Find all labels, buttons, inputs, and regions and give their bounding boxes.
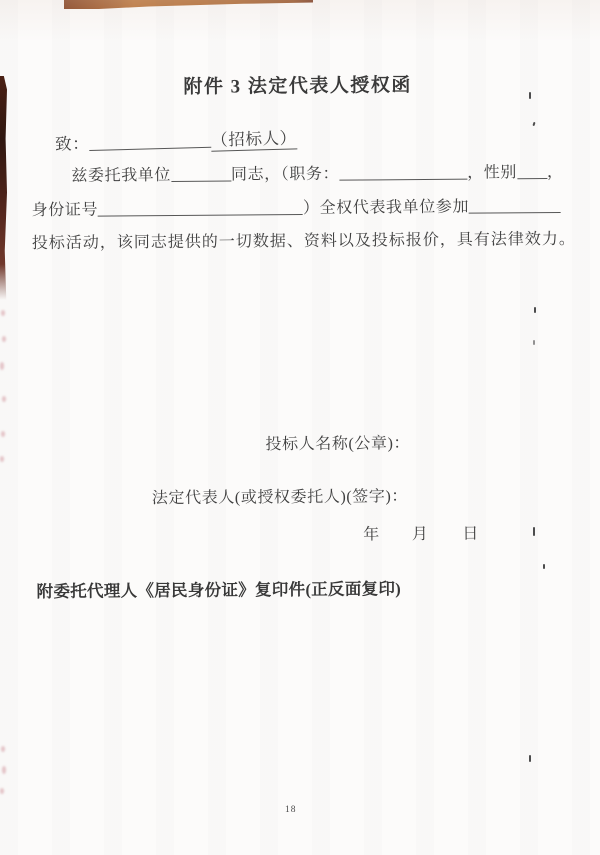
body-line-3: 身份证号）全权代表我单位参加 [32, 193, 562, 220]
page-content: 附件 3 法定代表人授权函 致：（招标人） 兹委托我单位同志，（职务：，性别， … [0, 0, 600, 855]
bidder-name-label: 投标人名称(公章)： [265, 430, 410, 454]
date-year-label: 年 [363, 521, 380, 544]
body-seg-gender: ，性别 [467, 164, 517, 181]
body-seg-comrade-position: 同志，（职务： [231, 166, 339, 184]
body-seg-entrust: 兹委托我单位 [71, 167, 171, 185]
scanned-document-page: 附件 3 法定代表人授权函 致：（招标人） 兹委托我单位同志，（职务：，性别， … [0, 0, 600, 855]
body-line-2: 兹委托我单位同志，（职务：，性别， [71, 159, 563, 186]
date-month-label: 月 [412, 521, 429, 544]
position-blank [339, 163, 467, 180]
recipient-blank [89, 131, 211, 151]
body-seg-idnumber: 身份证号 [32, 202, 99, 220]
salutation-recipient: （招标人） [211, 128, 297, 151]
project-blank [469, 197, 561, 214]
salutation-line: 致：（招标人） [55, 124, 297, 155]
legal-representative-label: 法定代表人(或授权委托人)(签字)： [152, 483, 408, 508]
body-seg-comma: ， [547, 164, 564, 181]
gender-blank [517, 163, 547, 179]
id-number-blank [98, 199, 303, 217]
date-day-label: 日 [462, 521, 479, 544]
body-seg-represent: ）全权代表我单位参加 [303, 199, 469, 217]
body-line-4: 投标活动，该同志提供的一切数据、资料以及投标报价，具有法律效力。 [32, 226, 576, 253]
date-line: 年月日 [363, 521, 479, 545]
page-number: 18 [285, 805, 297, 815]
attachment-note: 附委托代理人《居民身份证》复印件(正反面复印) [37, 575, 402, 602]
document-title: 附件 3 法定代表人授权函 [0, 69, 598, 101]
salutation-label: 致： [55, 134, 90, 154]
delegate-name-blank [171, 165, 231, 182]
